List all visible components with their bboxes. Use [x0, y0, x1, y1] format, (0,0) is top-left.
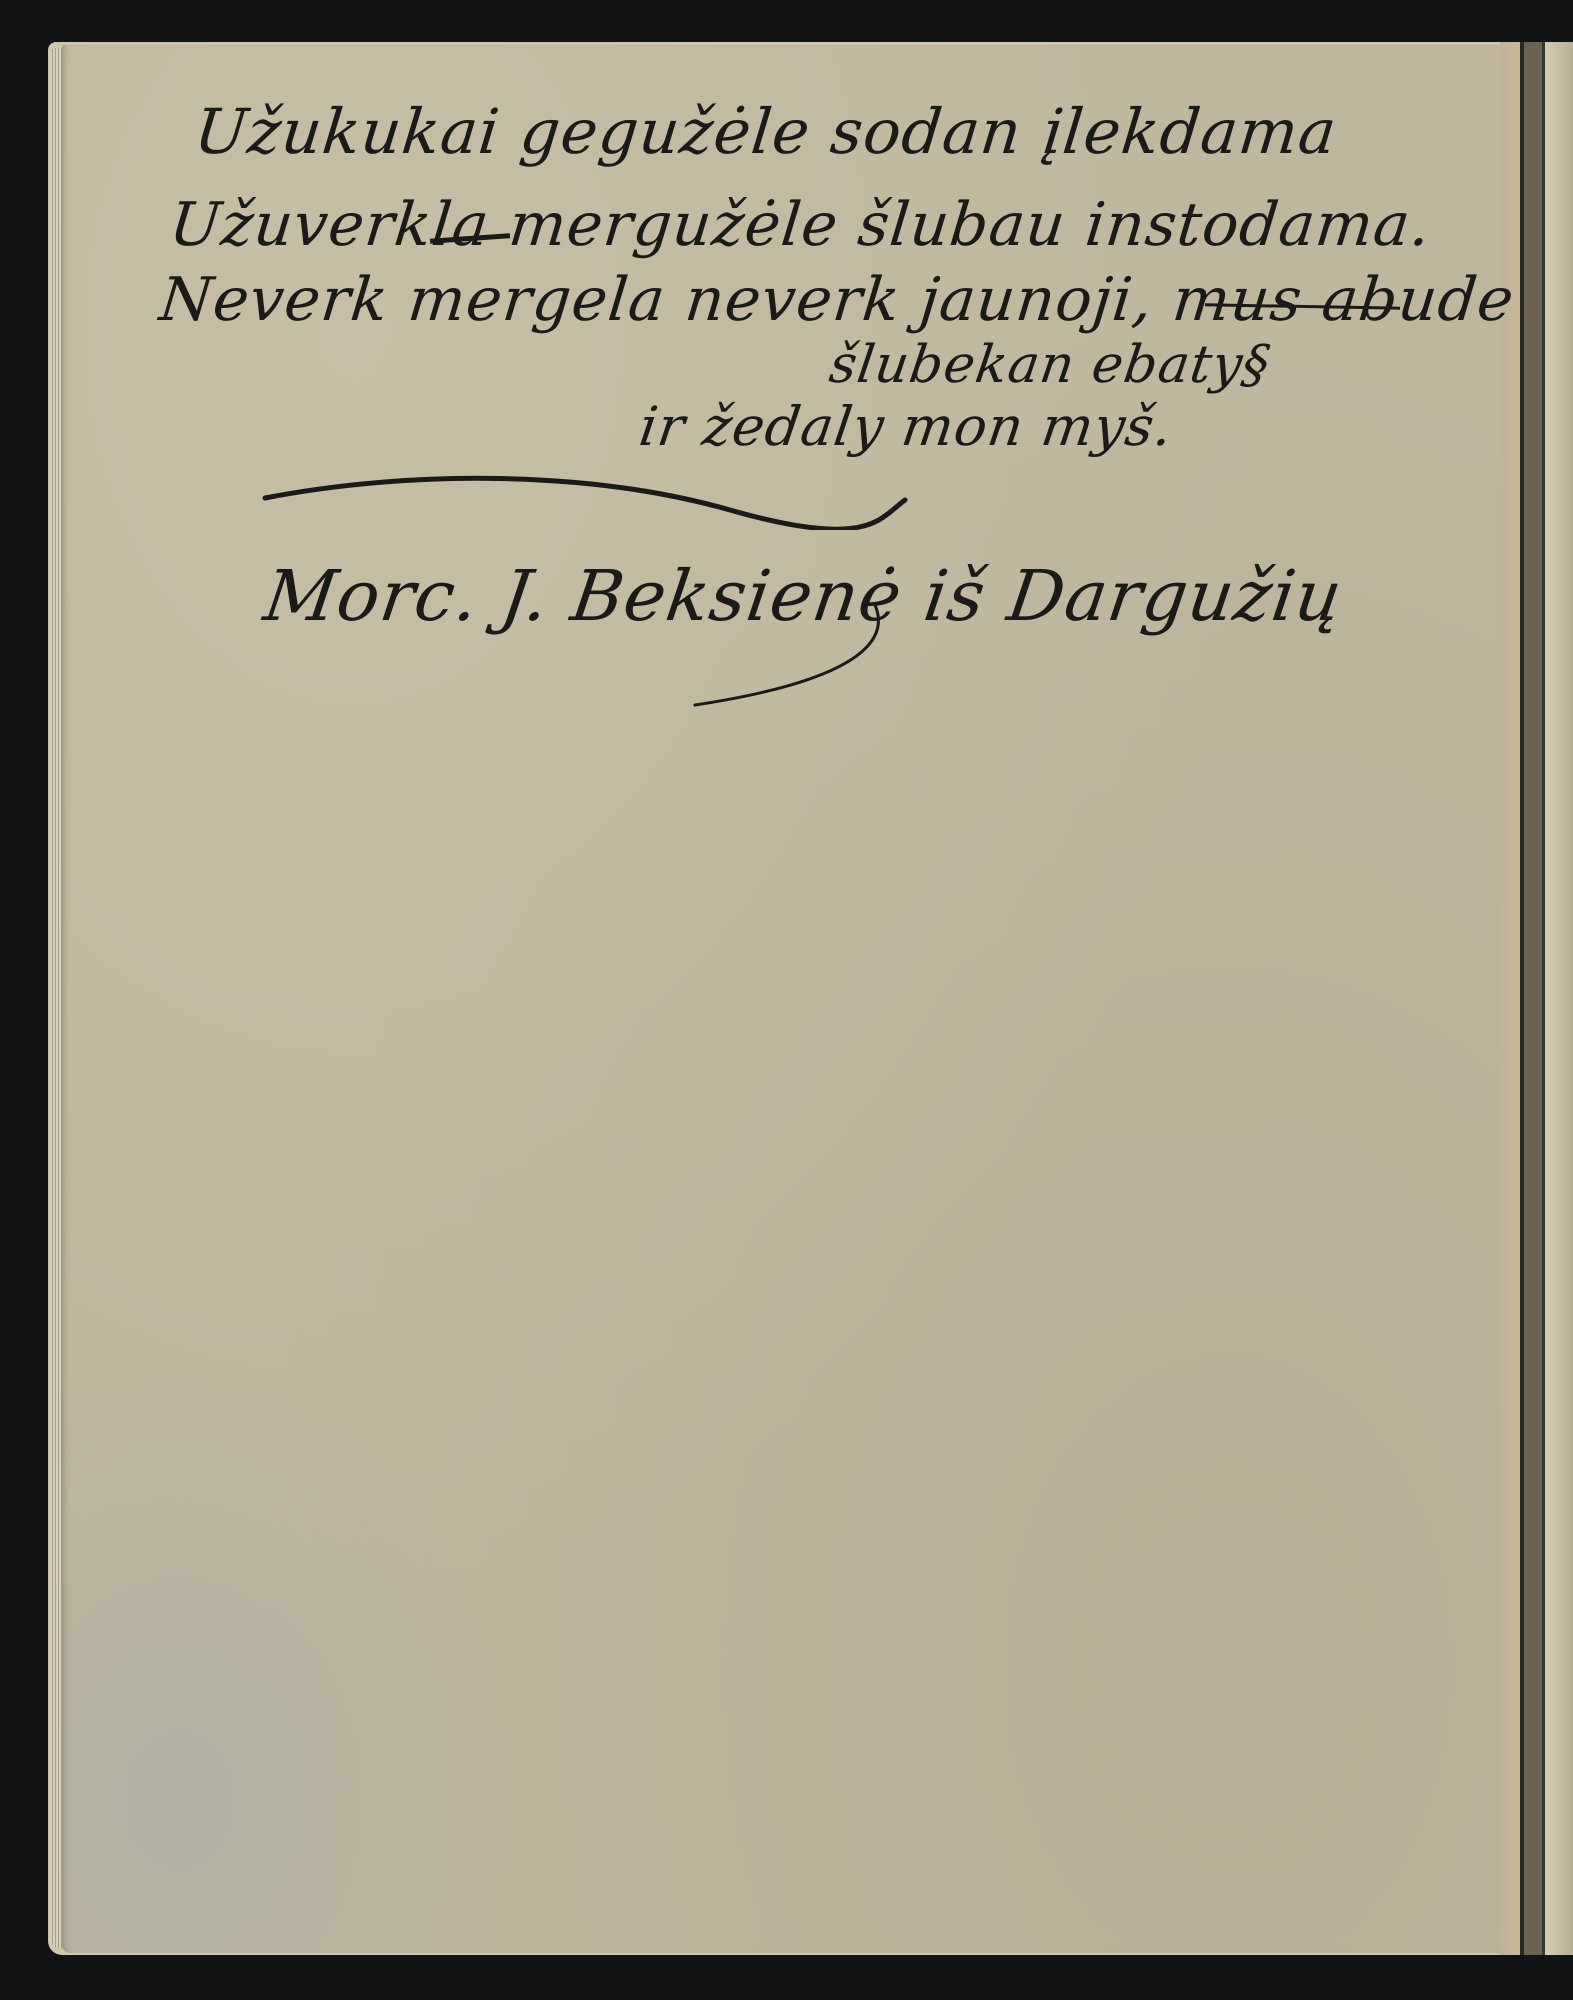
verse-line-3: Neverk mergela neverk jaunoji, mus abude [156, 265, 1517, 335]
page-edges [50, 48, 62, 1948]
scanned-document: Užukukai gegužėle sodan įlekdama Užuverk… [0, 0, 1573, 2000]
verse-line-1: Užukukai gegužėle sodan įlekdama [191, 95, 1340, 168]
binding-strip [1524, 42, 1542, 1955]
verse-line-4: šlubekan ebaty§ [826, 335, 1274, 395]
facing-page-edge [1545, 42, 1573, 1955]
signature-swash [690, 600, 910, 710]
verse-line-2: Užuverkla mergužėle šlubau instodama. [166, 190, 1434, 260]
verse-line-5: ir žedaly mon myš. [636, 395, 1177, 458]
separator-flourish [260, 470, 910, 530]
